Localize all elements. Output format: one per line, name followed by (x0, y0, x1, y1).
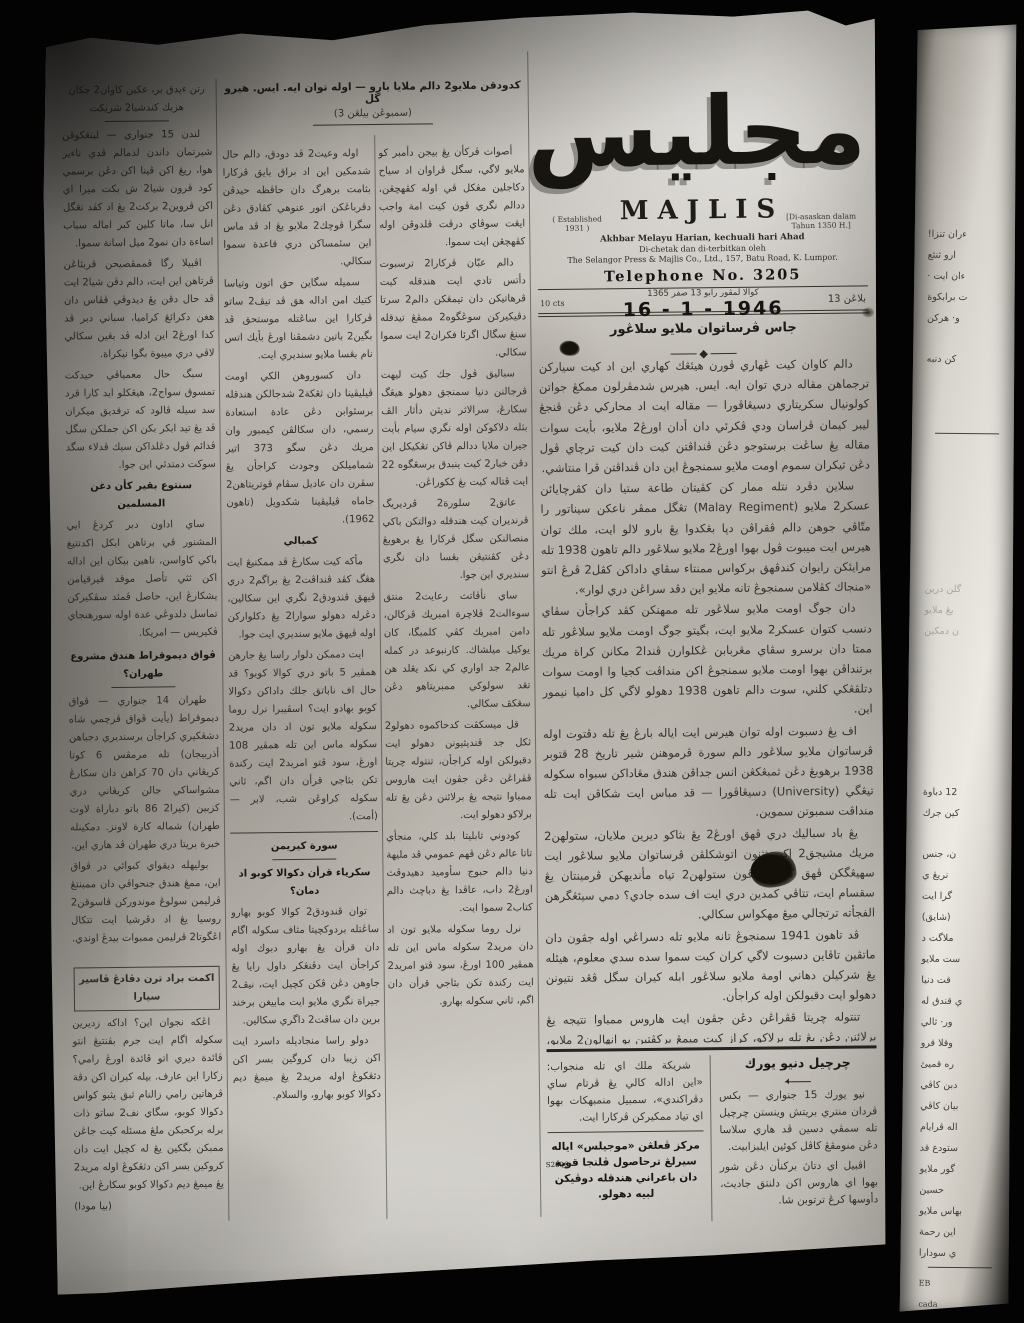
spacer (926, 370, 1009, 431)
article-heading-line: كدودقن ملايو2 دالم ملايا بارو — اوله توا… (222, 79, 524, 106)
jawi-paragraph: ايت دممكن دلوار راسا يڠ جارهن همڤير 5 با… (228, 646, 378, 828)
jawi-paragraph: دان كسوروهن الكي اومت ڤيليڤينا دان ثڠكة2… (225, 367, 375, 531)
jawi-paragraph: ساي اداون دبر كردڠ ايي المشنور ڤي برتاهن… (66, 516, 217, 644)
spacer (927, 329, 1009, 350)
jawi-text-fragment: ره قميئ (920, 1054, 1002, 1076)
jawi-paragraph: اڤبيلا رگا ڤممڤصيحن ڤربئاڠن ڤرتاهن اين ا… (63, 255, 214, 365)
notice-block: S2806 مركز ڤعلڠن «موجيلس» اياله سيرلڠ تر… (548, 1137, 705, 1203)
newspaper-page: رتن ءيدق بر، عكين كاوان2 جكانهزبك كندشيا… (41, 7, 889, 1294)
jawi-paragraph: دالم عبّان ڤركارا2 ترسبوت دأتس تادي ايت … (380, 254, 527, 364)
centered-line: هزبك كندشيا2 شريكت (62, 99, 212, 119)
jawi-paragraph: دولو راسا منجاديله داسرد ايت اكن زيبا دا… (232, 1032, 381, 1106)
jawi-paragraph: مأكه كيت سكارڠ ڤد ممكنيڠ ايت هڠگ كڤد ڤند… (227, 553, 376, 645)
heading-rule (313, 123, 433, 125)
lead-article-body: دالم كاوان كيت ڠهاري ڤورن هيئڠك كهاري اي… (539, 353, 877, 1045)
rule (105, 120, 169, 122)
jawi-text-fragment: ي سودارا (919, 1243, 1001, 1265)
column-3: أصوات ڤركأن يڠ بيجن دأمبر كو ملايو لاگي،… (378, 143, 536, 1219)
notice-text: مركز ڤعلڠن «موجيلس» اياله سيرلڠ ترحاصول … (551, 1139, 700, 1200)
jawi-paragraph: بوليهله ديقواي كبوائي در ڤواق اين، ممڠ ه… (70, 857, 221, 949)
jawi-paragraph: قل ميسكڤت كدحاكموه دهولو2 ثكل جد ڤنديثيو… (385, 716, 532, 826)
jawi-text-fragment: (شايق) (922, 907, 1004, 929)
rule (111, 686, 175, 688)
jawi-paragraph: اڤبيل اي دتاڽ بركنأن دڠن شور بهوا اي هار… (720, 1157, 879, 1210)
rule (928, 1267, 992, 1269)
jawi-paragraph: يڠ باد سباليك دري ڤهق اورڠ2 يڠ بثاكو دير… (544, 822, 875, 927)
jawi-text-fragment: كين جرك (923, 803, 1005, 825)
jawi-text-fragment: نريڠ ي (922, 865, 1004, 887)
jawi-text-fragment: ور· ثالي (921, 1012, 1003, 1034)
jawi-text-fragment: ملاگت د (922, 928, 1004, 950)
jawi-paragraph: دان جوگ اومت ملايو سلاڠور تله ممهنكن كڤد… (541, 598, 872, 723)
jawi-paragraph: اف يڠ دسبوت اوله توان هيرس ايت اياله بار… (543, 720, 874, 825)
jawi-text-fragment: ست ملايو (921, 949, 1003, 971)
jawi-text-fragment: اله ڤرايام (920, 1117, 1002, 1139)
jawi-paragraph: اڠكه نجوان اين؟ اداكه زديرين سكوله اگام … (72, 1014, 224, 1196)
jawi-paragraph: تنتوله چريتا ڤڤراڠن دڠن جڤون ايت هاروس م… (546, 1006, 876, 1045)
jawi-paragraph: أصوات ڤركأن يڠ بيجن دأمبر كو ملايو لاگي،… (378, 143, 525, 253)
price-label: 10 cts (540, 299, 565, 308)
jawi-text-fragment: كن دنبه (927, 349, 1009, 371)
jawi-paragraph: كودوني ثابليتا بلد كلي، منجأي تاتا عالم … (386, 827, 533, 919)
jawi-paragraph: لندن 15 جنواري — لينڠكوڤن شيرتمان داندن … (62, 126, 213, 254)
spacer (71, 950, 221, 964)
rule (935, 433, 999, 435)
jawi-text-fragment: 12 دباوة (923, 782, 1005, 804)
faded-text-line: ن دمكين (924, 621, 1006, 643)
jawi-paragraph: دالم كاوان كيت ڠهاري ڤورن هيئڠك كهاري اي… (539, 353, 870, 478)
jawi-text-fragment: ن، جنس (922, 844, 1004, 866)
lower-left-subcolumn: شريكة ملك اي تله منجواب: «اين اداله كالي… (547, 1057, 705, 1203)
jawi-text-fragment: ي قندق له (921, 991, 1003, 1013)
column-1: رتن ءيدق بر، عكين كاوان2 جكانهزبك كندشيا… (62, 81, 225, 1223)
jawi-paragraph: نرل روما سكوله ملايو تون اد دان مريد2 سك… (387, 920, 534, 1012)
column-2: اوله وعيت2 ڤد دودق، دالم حال شدمكين اين … (222, 145, 382, 1221)
jawi-text-fragment: حسين (919, 1180, 1001, 1202)
jawi-text-fragment: دبن كاڤي (920, 1075, 1002, 1097)
jawi-paragraph: عاتق2 سلورة2 ڤرديريگ ڤرنديران كيت هندقله… (382, 494, 529, 586)
rule (230, 831, 378, 834)
jawi-text-fragment: ارو ثنثع (928, 245, 1010, 267)
masthead-title: MAJLIS (537, 193, 867, 227)
jawi-text-fragment: قت دنيا (921, 970, 1003, 992)
churchill-headline: چرچيل دنيو يورك (719, 1053, 877, 1072)
jawi-text-fragment: ءران تنزا! (928, 224, 1010, 246)
signoff-line: (بيا مودا) (74, 1197, 224, 1217)
jawi-paragraph: سلاين دڤرد نتله ممار كن كڤيتان طاعة ستيا… (540, 476, 871, 601)
lower-right-subcolumn: چرچيل دنيو يورك نيو يورك 15 جنواري — بكس… (719, 1053, 879, 1213)
issue-number: بلاڠن 13 (828, 293, 866, 304)
quote-paragraph: شريكة ملك اي تله منجواب: «اين اداله كالي… (547, 1057, 704, 1127)
jawi-text-fragment: ءان ايت · (927, 266, 1009, 288)
jawi-paragraph: سبگ حال معمياڤي حيدكت تمسوق سواج2، هيڠكل… (65, 366, 216, 476)
subcolumn-divider (710, 1055, 713, 1221)
jawi-text-fragment: اين رحمة (919, 1222, 1001, 1244)
jawi-text-fragment: بيان كاڤي (920, 1096, 1002, 1118)
spacer (922, 824, 1004, 845)
rule (547, 1130, 703, 1133)
section-heading: كمبالي (227, 532, 375, 552)
lead-headline: جاس ڤرساتوان ملايو سلاڠور (538, 319, 868, 338)
headline-divider (539, 341, 869, 353)
section-heading: سنتوع بقير كأن دغن المسلمين (66, 477, 216, 515)
jawi-paragraph: سباليق ڤول جك كيت ليهت ڤرجالنن دنيا سمنج… (381, 365, 528, 493)
scan-canvas: رتن ءيدق بر، عكين كاوان2 جكانهزبك كندشيا… (0, 0, 1024, 1323)
centered-line: رتن ءيدق بر، عكين كاوان2 جكان (62, 81, 212, 101)
jawi-paragraph: ساي نأڤاتث رعايت2 منتق سوءالت2 ڤلاچرة ام… (383, 587, 530, 715)
column-4-masthead-and-lead: مجليس ( Established 1931 ) [Di-asaskan d… (535, 41, 878, 1225)
masthead-calligraphy: مجليس (535, 55, 867, 209)
section-heading: سورة كيريمن (230, 837, 378, 857)
jawi-paragraph: اوله وعيت2 ڤد دودق، دالم حال شدمكين اين … (222, 145, 371, 273)
faded-text-line: گلن درين (925, 579, 1007, 601)
boxed-headline: اكمت براد ترن دڤادڠ ڤاسير سيارا (74, 966, 220, 1012)
section-heading: ڤواق ديموقراط هندق مشروع طهران؟ (68, 647, 218, 685)
telephone-line: Telephone No. 3205 (538, 265, 868, 286)
latin-fragment: cada (918, 1294, 1000, 1313)
jawi-text-fragment: ستودع قد (920, 1138, 1002, 1160)
arrow-divider-icon (719, 1072, 877, 1084)
jawi-paragraph: نيو يورك 15 جنواري — بكس ڤردان منتري بري… (719, 1086, 878, 1156)
jawi-text-fragment: ت برابكوة (927, 287, 1009, 309)
article-continuation-note: (سمبوڠن بيلڠن 3) (222, 106, 524, 120)
latin-fragment: EB (919, 1273, 1001, 1295)
lower-section: شريكة ملك اي تله منجواب: «اين اداله كالي… (547, 1053, 879, 1225)
rule (272, 858, 336, 860)
spacer (923, 642, 1006, 783)
jawi-paragraph: سميله سگاين حق اتون وتياسا كتيك امن ادال… (224, 274, 373, 366)
jawi-paragraph: طهران 14 جنواري — ڤواق ديموقراط (يأيت ڤو… (68, 692, 220, 856)
date-block: كوالا لمڤور رابو 13 صفر 1365 16 - 1 - 19… (598, 288, 808, 321)
jawi-text-fragment: گرا ايت (922, 886, 1004, 908)
print-code: S2806 (546, 1157, 569, 1173)
spacer (925, 439, 1008, 580)
faded-text-line: يڠ ملايو (924, 600, 1006, 622)
jawi-paragraph: ڤد تاهون 1941 سمنجوڠ تانه ملايو تله دسرا… (545, 924, 876, 1009)
churchill-body: نيو يورك 15 جنواري — بكس ڤردان منتري بري… (719, 1086, 878, 1210)
section-heading: سكرياء قرأن دكوالا كوبو اد دمان؟ (230, 864, 378, 902)
gregorian-date: 16 - 1 - 1946 (598, 297, 808, 321)
jawi-text-fragment: گور ملايو (920, 1159, 1002, 1181)
jawi-text-fragment: و· هركن (927, 308, 1009, 330)
jawi-paragraph: توان ڤندودق2 كوالا كوبو بهارو ساڠتله برد… (231, 903, 380, 1031)
section-rule (547, 1045, 877, 1052)
adjacent-page-edge: ءران تنزا!ارو ثنثعءان ايت ·ت برابكوةو· ه… (896, 24, 1019, 1313)
jawi-text-fragment: وقلا قرو (921, 1033, 1003, 1055)
jawi-text-fragment: بهاس ملايو (919, 1201, 1001, 1223)
col23-article-heading: كدودقن ملايو2 دالم ملايا بارو — اوله توا… (222, 79, 524, 126)
